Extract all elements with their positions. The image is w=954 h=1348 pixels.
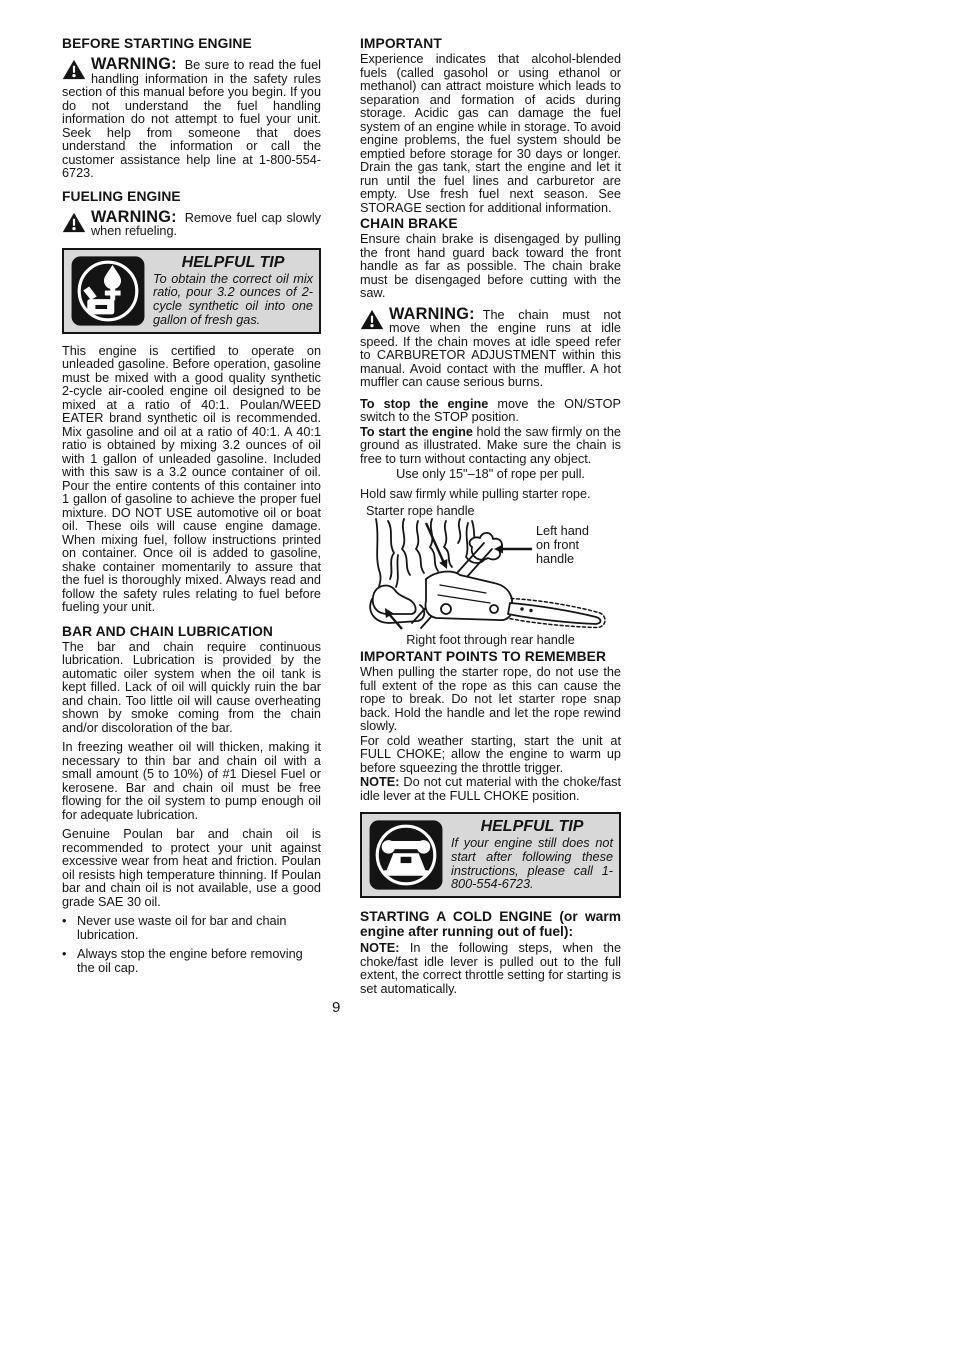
helpful-tip-title: HELPFUL TIP	[451, 818, 613, 836]
oil-mix-icon	[70, 255, 146, 327]
warning-triangle-icon	[62, 59, 86, 84]
helpful-tip-text: To obtain the correct oil mix ratio, pou…	[153, 273, 313, 328]
helpful-tip-title: HELPFUL TIP	[153, 254, 313, 272]
stop-engine-bold: To stop the engine	[360, 397, 497, 411]
warning-triangle-icon	[62, 212, 86, 237]
helpful-tip-box-oil-mix: HELPFUL TIP To obtain the correct oil mi…	[62, 248, 321, 334]
heading-important-points: IMPORTANT POINTS TO REMEMBER	[360, 649, 621, 664]
heading-chain-brake: CHAIN BRAKE	[360, 216, 621, 231]
note-paragraph-choke: NOTE: Do not cut material with the choke…	[360, 776, 621, 803]
warning-text: Be sure to read the fuel handling inform…	[62, 58, 321, 180]
chainsaw-starting-figure: Starter rope handle Left hand on front h…	[360, 505, 621, 647]
warning-triangle-icon	[360, 309, 384, 334]
telephone-icon	[368, 819, 444, 891]
bullet-text: Never use waste oil for bar and chain lu…	[77, 915, 321, 942]
heading-important: IMPORTANT	[360, 36, 621, 51]
important-paragraph: Experience indicates that alcohol-blende…	[360, 53, 621, 215]
warning-paragraph-fuel-cap: WARNING:Remove fuel cap slowly when refu…	[62, 211, 321, 239]
helpful-tip-box-phone: HELPFUL TIP If your engine still does no…	[360, 812, 621, 898]
heading-fueling-engine: FUELING ENGINE	[62, 189, 321, 204]
note-label: NOTE:	[360, 941, 410, 955]
note-paragraph-starting: NOTE: In the following steps, when the c…	[360, 942, 621, 996]
hold-saw-line: Hold saw firmly while pulling starter ro…	[360, 488, 621, 502]
right-column: IMPORTANT Experience indicates that alco…	[360, 36, 621, 1002]
left-column: BEFORE STARTING ENGINE WARNING:Be sure t…	[62, 36, 321, 981]
important-points-paragraph: For cold weather starting, start the uni…	[360, 735, 621, 776]
bar-chain-bullet-list: Never use waste oil for bar and chain lu…	[62, 915, 321, 975]
warning-label: WARNING:	[91, 55, 185, 73]
bullet-text: Always stop the engine before removing t…	[77, 948, 321, 975]
page-number: 9	[332, 999, 340, 1016]
fuel-mixing-paragraph: This engine is certified to operate on u…	[62, 345, 321, 615]
warning-paragraph-fuel-handling: WARNING:Be sure to read the fuel handlin…	[62, 58, 321, 181]
heading-starting-cold-engine: STARTING A COLD ENGINE (or warm engine a…	[360, 909, 621, 939]
important-points-paragraph: When pulling the starter rope, do not us…	[360, 666, 621, 734]
note-label: NOTE:	[360, 775, 403, 789]
helpful-tip-content: HELPFUL TIP If your engine still does no…	[451, 818, 613, 892]
list-item: Always stop the engine before removing t…	[62, 948, 321, 975]
warning-paragraph-idle-chain: WARNING:The chain must not move when the…	[360, 308, 621, 390]
bar-chain-paragraph: In freezing weather oil will thicken, ma…	[62, 741, 321, 822]
heading-bar-and-chain-lubrication: BAR AND CHAIN LUBRICATION	[62, 624, 321, 639]
warning-label: WARNING:	[389, 305, 483, 323]
figure-label-line: Left hand	[536, 525, 589, 539]
bar-chain-paragraph: Genuine Poulan bar and chain oil is reco…	[62, 828, 321, 909]
helpful-tip-content: HELPFUL TIP To obtain the correct oil mi…	[153, 254, 313, 328]
helpful-tip-text: If your engine still does not start afte…	[451, 837, 613, 892]
start-engine-bold: To start the engine	[360, 425, 477, 439]
figure-label-line: handle	[536, 553, 589, 567]
heading-before-starting-engine: BEFORE STARTING ENGINE	[62, 36, 321, 51]
figure-label-left-hand: Left hand on front handle	[536, 525, 589, 566]
figure-label-line: on front	[536, 539, 589, 553]
rope-pull-line: Use only 15"–18" of rope per pull.	[360, 468, 621, 482]
warning-label: WARNING:	[91, 208, 185, 226]
figure-label-starter-rope-handle: Starter rope handle	[366, 505, 475, 519]
start-engine-paragraph: To start the engine hold the saw firmly …	[360, 426, 621, 467]
list-item: Never use waste oil for bar and chain lu…	[62, 915, 321, 942]
figure-caption-right-foot: Right foot through rear handle	[360, 633, 621, 647]
bar-chain-paragraph: The bar and chain require continuous lub…	[62, 641, 321, 736]
chain-brake-paragraph: Ensure chain brake is disengaged by pull…	[360, 233, 621, 301]
stop-engine-paragraph: To stop the engine move the ON/STOP swit…	[360, 398, 621, 425]
